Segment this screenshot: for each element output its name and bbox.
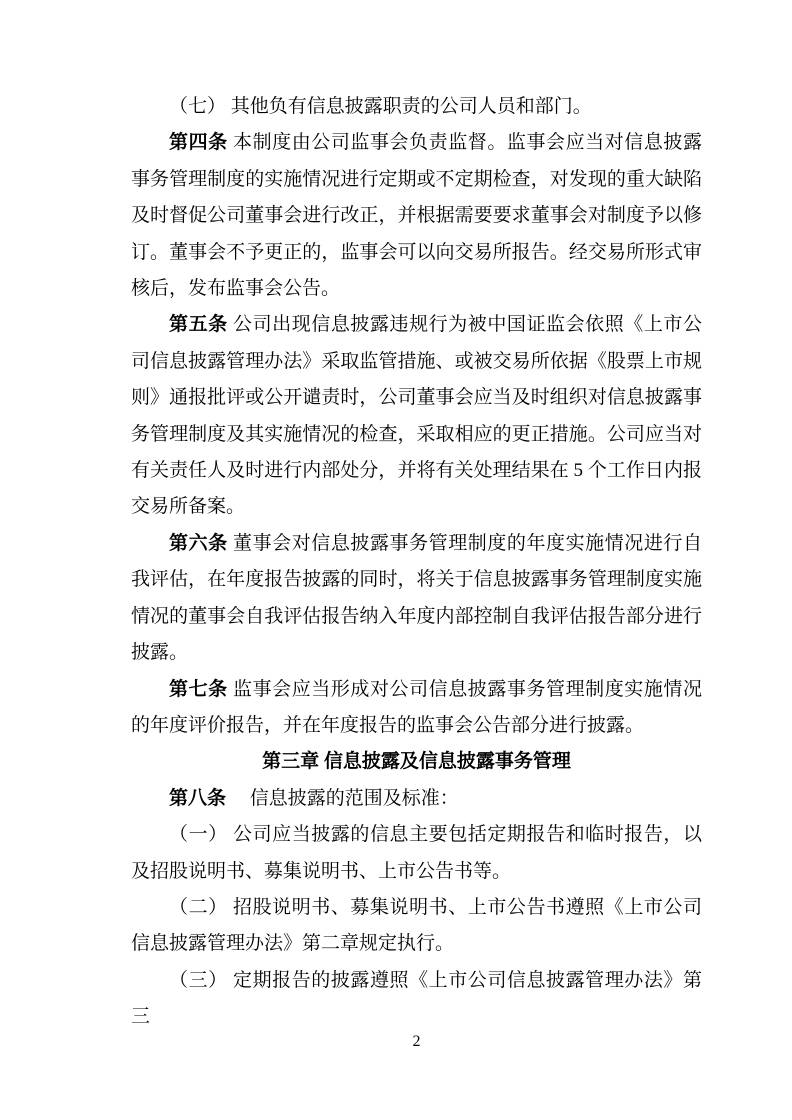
paragraph: （二） 招股说明书、募集说明书、上市公告书遵照《上市公司信息披露管理办法》第二章…	[131, 890, 702, 963]
paragraph: 第六条 董事会对信息披露事务管理制度的年度实施情况进行自我评估，在年度报告披露的…	[131, 526, 702, 672]
article-number: 第八条	[169, 788, 226, 809]
article-number: 第四条	[169, 132, 228, 153]
document-body: （七） 其他负有信息披露职责的公司人员和部门。第四条 本制度由公司监事会负责监督…	[131, 89, 702, 1036]
paragraph: （七） 其他负有信息披露职责的公司人员和部门。	[131, 89, 702, 125]
paragraph: （三） 定期报告的披露遵照《上市公司信息披露管理办法》第三	[131, 963, 702, 1036]
article-number: 第六条	[169, 533, 228, 554]
article-number: 第五条	[169, 314, 228, 335]
paragraph: （一） 公司应当披露的信息主要包括定期报告和临时报告，以及招股说明书、募集说明书…	[131, 817, 702, 890]
paragraph: 第五条 公司出现信息披露违规行为被中国证监会依照《上市公司信息披露管理办法》采取…	[131, 307, 702, 525]
page-number: 2	[131, 1031, 702, 1053]
paragraph: 第四条 本制度由公司监事会负责监督。监事会应当对信息披露事务管理制度的实施情况进…	[131, 125, 702, 307]
paragraph: 第七条 监事会应当形成对公司信息披露事务管理制度实施情况的年度评价报告，并在年度…	[131, 672, 702, 745]
chapter-heading: 第三章 信息披露及信息披露事务管理	[131, 744, 702, 780]
paragraph: 第八条 信息披露的范围及标准：	[131, 781, 702, 817]
document-page: （七） 其他负有信息披露职责的公司人员和部门。第四条 本制度由公司监事会负责监督…	[0, 0, 792, 1120]
article-number: 第七条	[169, 679, 228, 700]
